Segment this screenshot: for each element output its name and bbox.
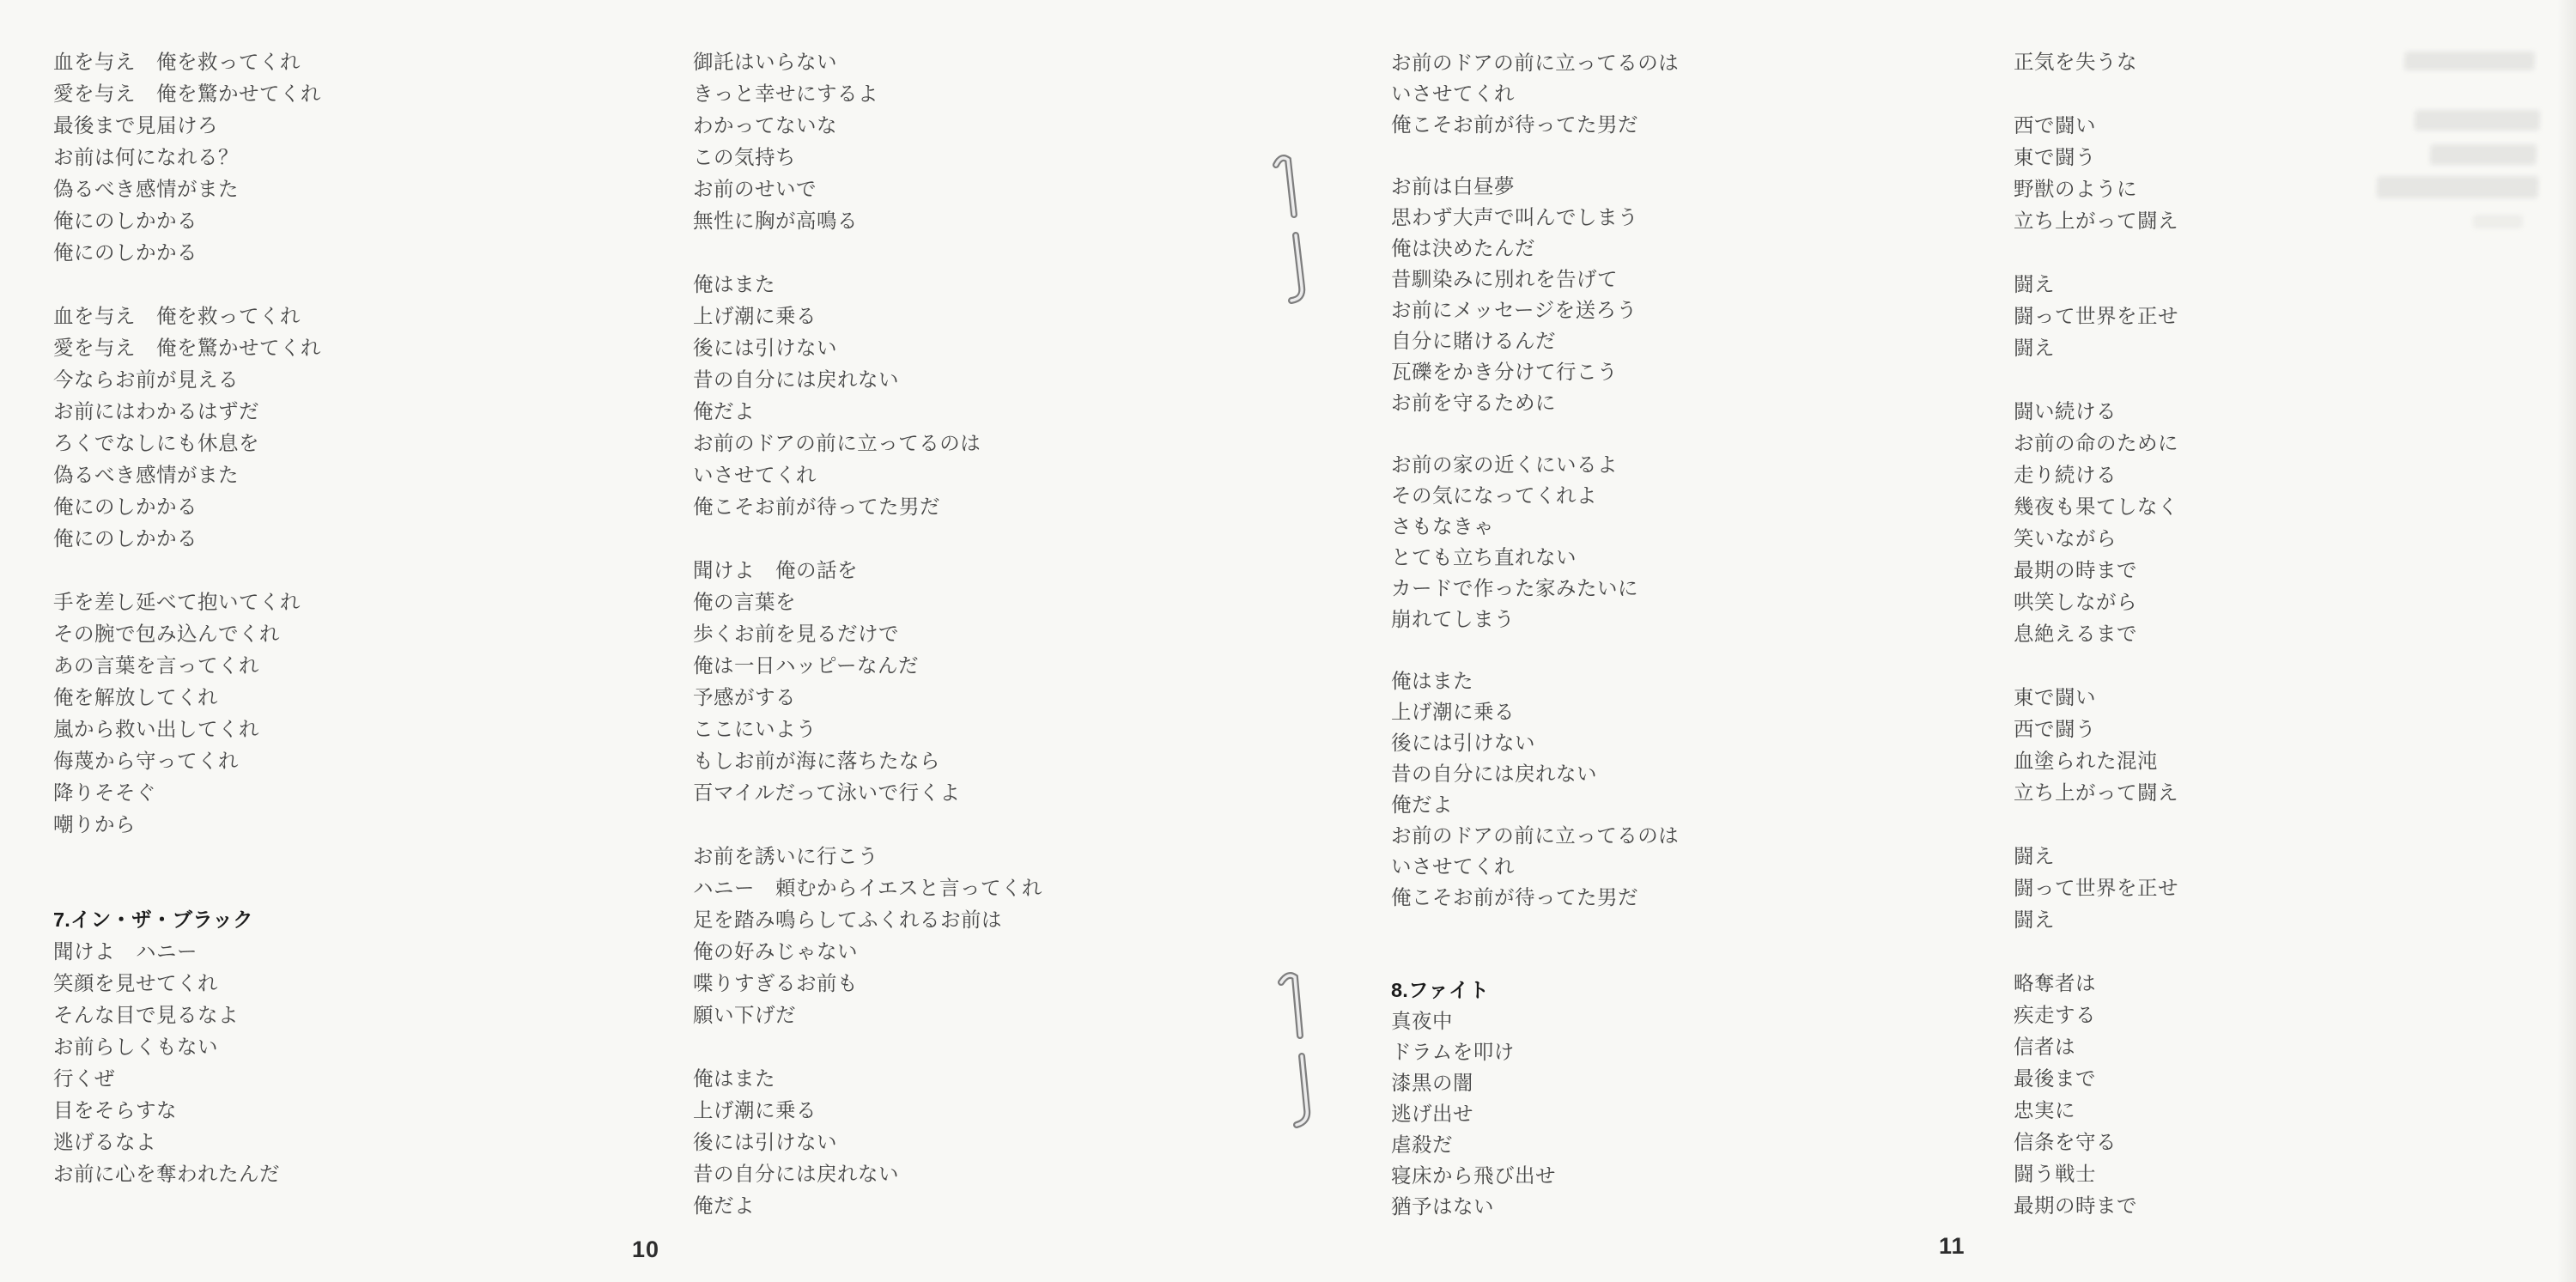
lyric-line: お前のドアの前に立ってるのは	[1391, 47, 1679, 78]
lyric-line: 俺こそお前が待ってた男だ	[1391, 109, 1679, 140]
lyrics-column-right-2: 正気を失うな 西で闘い東で闘う野獣のように立ち上がって闘え 闘え闘って世界を正せ…	[2014, 46, 2178, 1222]
lyric-line: 聞けよ 俺の話を	[693, 555, 1042, 586]
lyric-line: 昔の自分には戻れない	[693, 364, 1042, 396]
lyric-line: 真夜中	[1391, 1006, 1679, 1036]
lyric-line: 疾走する	[2014, 999, 2178, 1031]
lyric-line	[1391, 418, 1679, 449]
lyric-line: 西で闘い	[2014, 110, 2178, 142]
lyric-line: ドラムを叩け	[1391, 1036, 1679, 1067]
lyric-line: 御託はいらない	[693, 46, 1042, 78]
lyric-line: 最期の時まで	[2014, 555, 2178, 586]
lyric-line: 闘え	[2014, 904, 2178, 936]
bleedthrough-mark	[2415, 110, 2541, 131]
lyric-line: 昔の自分には戻れない	[1391, 758, 1679, 789]
lyric-line: 俺だよ	[1391, 789, 1679, 820]
lyrics-column-right-1: お前のドアの前に立ってるのはいさせてくれ俺こそお前が待ってた男だ お前は白昼夢思…	[1391, 47, 1679, 1222]
lyric-line: いさせてくれ	[1391, 78, 1679, 109]
lyric-line: 俺はまた	[693, 1063, 1042, 1095]
lyric-line: 笑顔を見せてくれ	[53, 968, 321, 999]
lyric-line: 最後まで見届けろ	[53, 110, 321, 142]
lyric-line: 俺はまた	[1391, 665, 1679, 696]
lyric-line	[2014, 809, 2178, 841]
lyric-line: 嘲りから	[53, 809, 321, 841]
lyric-line	[2014, 364, 2178, 396]
lyric-line: 今ならお前が見える	[53, 364, 321, 396]
lyric-line: 血を与え 俺を救ってくれ	[53, 301, 321, 332]
lyric-line: 闘え	[2014, 332, 2178, 364]
lyric-line: さもなきゃ	[1391, 511, 1679, 542]
lyric-line: 野獣のように	[2014, 173, 2178, 205]
lyric-line: 目をそらすな	[53, 1095, 321, 1127]
lyric-line: 闘い続ける	[2014, 396, 2178, 428]
lyric-line: 俺だよ	[693, 1190, 1042, 1222]
lyric-line: 侮蔑から守ってくれ	[53, 745, 321, 777]
lyric-line: 愛を与え 俺を驚かせてくれ	[53, 78, 321, 110]
lyric-line: 歩くお前を見るだけで	[693, 618, 1042, 650]
lyric-line: 闘う戦士	[2014, 1158, 2178, 1190]
lyric-line: 上げ潮に乗る	[693, 301, 1042, 332]
lyric-line	[2014, 237, 2178, 269]
lyric-line: 思わず大声で叫んでしまう	[1391, 202, 1679, 233]
lyric-line: きっと幸せにするよ	[693, 78, 1042, 110]
lyric-line: お前を誘いに行こう	[693, 841, 1042, 872]
lyric-line: 嵐から救い出してくれ	[53, 714, 321, 745]
lyric-line: 上げ潮に乗る	[1391, 696, 1679, 727]
lyric-line: 百マイルだって泳いで行くよ	[693, 777, 1042, 809]
lyric-line: 願い下げだ	[693, 999, 1042, 1031]
lyric-line: お前を守るために	[1391, 387, 1679, 418]
lyric-line: 漆黒の闇	[1391, 1067, 1679, 1098]
lyric-line: その気になってくれよ	[1391, 480, 1679, 511]
lyric-line: あの言葉を言ってくれ	[53, 650, 321, 682]
lyric-line: 足を踏み鳴らしてふくれるお前は	[693, 904, 1042, 936]
lyric-line: お前にはわかるはずだ	[53, 396, 321, 428]
lyric-line: わかってないな	[693, 110, 1042, 142]
lyric-line: 俺の好みじゃない	[693, 936, 1042, 968]
lyric-line: ハニー 頼むからイエスと言ってくれ	[693, 872, 1042, 904]
lyric-line: 闘って世界を正せ	[2014, 301, 2178, 332]
bleedthrough-mark	[2430, 144, 2537, 165]
lyric-line: 西で闘う	[2014, 714, 2178, 745]
lyric-line	[693, 237, 1042, 269]
lyric-line	[53, 841, 321, 872]
lyric-line: 昔馴染みに別れを告げて	[1391, 264, 1679, 295]
lyric-line: 幾夜も果てしなく	[2014, 491, 2178, 523]
lyric-line: 信者は	[2014, 1031, 2178, 1063]
lyric-line: そんな目で見るなよ	[53, 999, 321, 1031]
lyric-line: 信条を守る	[2014, 1127, 2178, 1158]
lyric-line: 俺にのしかかる	[53, 237, 321, 269]
lyric-line: 俺こそお前が待ってた男だ	[693, 491, 1042, 523]
lyric-line: 略奪者は	[2014, 968, 2178, 999]
lyric-line	[693, 1031, 1042, 1063]
lyric-line: 哄笑しながら	[2014, 586, 2178, 618]
lyric-line: 崩れてしまう	[1391, 604, 1679, 635]
lyric-line	[53, 269, 321, 301]
lyrics-column-left-2: 御託はいらないきっと幸せにするよわかってないなこの気持ちお前のせいで無性に胸が高…	[693, 46, 1042, 1222]
lyric-line: 東で闘う	[2014, 142, 2178, 173]
lyric-line: 走り続ける	[2014, 459, 2178, 491]
bleedthrough-mark	[2377, 176, 2539, 198]
lyric-line: 後には引けない	[693, 1127, 1042, 1158]
lyric-line: 最期の時まで	[2014, 1190, 2178, 1222]
lyric-line: 正気を失うな	[2014, 46, 2178, 78]
lyric-line: 自分に賭けるんだ	[1391, 325, 1679, 356]
lyrics-column-left-1: 血を与え 俺を救ってくれ愛を与え 俺を驚かせてくれ最後まで見届けろお前は何になれ…	[53, 46, 321, 1190]
lyric-line: 俺こそお前が待ってた男だ	[1391, 882, 1679, 913]
lyric-line: 上げ潮に乗る	[693, 1095, 1042, 1127]
lyric-line: 予感がする	[693, 682, 1042, 714]
lyric-line: 忠実に	[2014, 1095, 2178, 1127]
lyric-line: 俺は決めたんだ	[1391, 233, 1679, 264]
lyric-line: お前のドアの前に立ってるのは	[1391, 820, 1679, 851]
lyric-line: いさせてくれ	[1391, 851, 1679, 882]
lyric-line: お前は何になれる？	[53, 142, 321, 173]
lyric-line: 血塗られた混沌	[2014, 745, 2178, 777]
song-title-line: 7.イン・ザ・ブラック	[53, 904, 321, 936]
lyric-line	[1391, 635, 1679, 665]
lyric-line: 喋りすぎるお前も	[693, 968, 1042, 999]
lyric-line: 笑いながら	[2014, 523, 2178, 555]
lyric-line: お前のせいで	[693, 173, 1042, 205]
lyric-line: 無性に胸が高鳴る	[693, 205, 1042, 237]
lyric-line: 俺の言葉を	[693, 586, 1042, 618]
lyric-line: 行くぜ	[53, 1063, 321, 1095]
lyric-line: お前に心を奪われたんだ	[53, 1158, 321, 1190]
lyric-line	[693, 523, 1042, 555]
lyric-line: 最後まで	[2014, 1063, 2178, 1095]
lyric-line: 血を与え 俺を救ってくれ	[53, 46, 321, 78]
lyric-line: 俺だよ	[693, 396, 1042, 428]
lyric-line: 俺にのしかかる	[53, 205, 321, 237]
lyric-line	[53, 555, 321, 586]
lyric-line: 瓦礫をかき分けて行こう	[1391, 356, 1679, 387]
lyric-line: 闘え	[2014, 841, 2178, 872]
lyric-line	[2014, 650, 2178, 682]
page-number-right: 11	[1939, 1233, 1965, 1260]
lyric-line: お前にメッセージを送ろう	[1391, 295, 1679, 325]
bleedthrough-mark	[2404, 52, 2536, 70]
lyric-line: カードで作った家みたいに	[1391, 573, 1679, 604]
lyric-line: 寝床から飛び出せ	[1391, 1160, 1679, 1191]
lyric-line	[1391, 140, 1679, 171]
lyric-line: 立ち上がって闘え	[2014, 777, 2178, 809]
lyric-line: とても立ち直れない	[1391, 542, 1679, 573]
lyric-line: もしお前が海に落ちたなら	[693, 745, 1042, 777]
lyric-line	[53, 872, 321, 904]
lyric-line: 後には引けない	[1391, 727, 1679, 758]
lyric-line: 俺にのしかかる	[53, 523, 321, 555]
lyric-line	[693, 809, 1042, 841]
lyric-line: いさせてくれ	[693, 459, 1042, 491]
lyric-line: 立ち上がって闘え	[2014, 205, 2178, 237]
lyric-line: 虐殺だ	[1391, 1129, 1679, 1160]
lyric-line: 降りそそぐ	[53, 777, 321, 809]
lyric-line: 闘え	[2014, 269, 2178, 301]
lyric-line: 猶予はない	[1391, 1191, 1679, 1222]
lyric-line: お前のドアの前に立ってるのは	[693, 428, 1042, 459]
lyric-line: 手を差し延べて抱いてくれ	[53, 586, 321, 618]
page-number-left: 10	[632, 1236, 659, 1263]
lyric-line	[1391, 913, 1679, 944]
lyric-line	[2014, 78, 2178, 110]
bleedthrough-mark	[2473, 215, 2524, 228]
lyric-line: お前は白昼夢	[1391, 171, 1679, 202]
lyric-line: ここにいよう	[693, 714, 1042, 745]
lyric-line: お前の命のために	[2014, 428, 2178, 459]
lyric-line: 後には引けない	[693, 332, 1042, 364]
lyric-line: 息絶えるまで	[2014, 618, 2178, 650]
lyric-line: 昔の自分には戻れない	[693, 1158, 1042, 1190]
lyric-line: 東で闘い	[2014, 682, 2178, 714]
lyric-line: 逃げ出せ	[1391, 1098, 1679, 1129]
lyric-line: お前らしくもない	[53, 1031, 321, 1063]
lyric-line: 俺はまた	[693, 269, 1042, 301]
song-title-line: 8.ファイト	[1391, 975, 1679, 1006]
staple-icon	[1261, 151, 1329, 323]
lyric-line: お前の家の近くにいるよ	[1391, 449, 1679, 480]
staple-icon	[1264, 967, 1333, 1139]
lyric-line: 愛を与え 俺を驚かせてくれ	[53, 332, 321, 364]
lyric-line: 逃げるなよ	[53, 1127, 321, 1158]
lyric-line: その腕で包み込んでくれ	[53, 618, 321, 650]
booklet-spread: 血を与え 俺を救ってくれ愛を与え 俺を驚かせてくれ最後まで見届けろお前は何になれ…	[0, 0, 2576, 1282]
lyric-line: 闘って世界を正せ	[2014, 872, 2178, 904]
lyric-line: 偽るべき感情がまた	[53, 173, 321, 205]
lyric-line: 俺にのしかかる	[53, 491, 321, 523]
lyric-line: 聞けよ ハニー	[53, 936, 321, 968]
lyric-line: 俺を解放してくれ	[53, 682, 321, 714]
lyric-line: この気持ち	[693, 142, 1042, 173]
lyric-line: ろくでなしにも休息を	[53, 428, 321, 459]
lyric-line	[2014, 936, 2178, 968]
lyric-line	[1391, 944, 1679, 975]
lyric-line: 偽るべき感情がまた	[53, 459, 321, 491]
lyric-line: 俺は一日ハッピーなんだ	[693, 650, 1042, 682]
page-edge-shadow	[2557, 0, 2576, 1282]
